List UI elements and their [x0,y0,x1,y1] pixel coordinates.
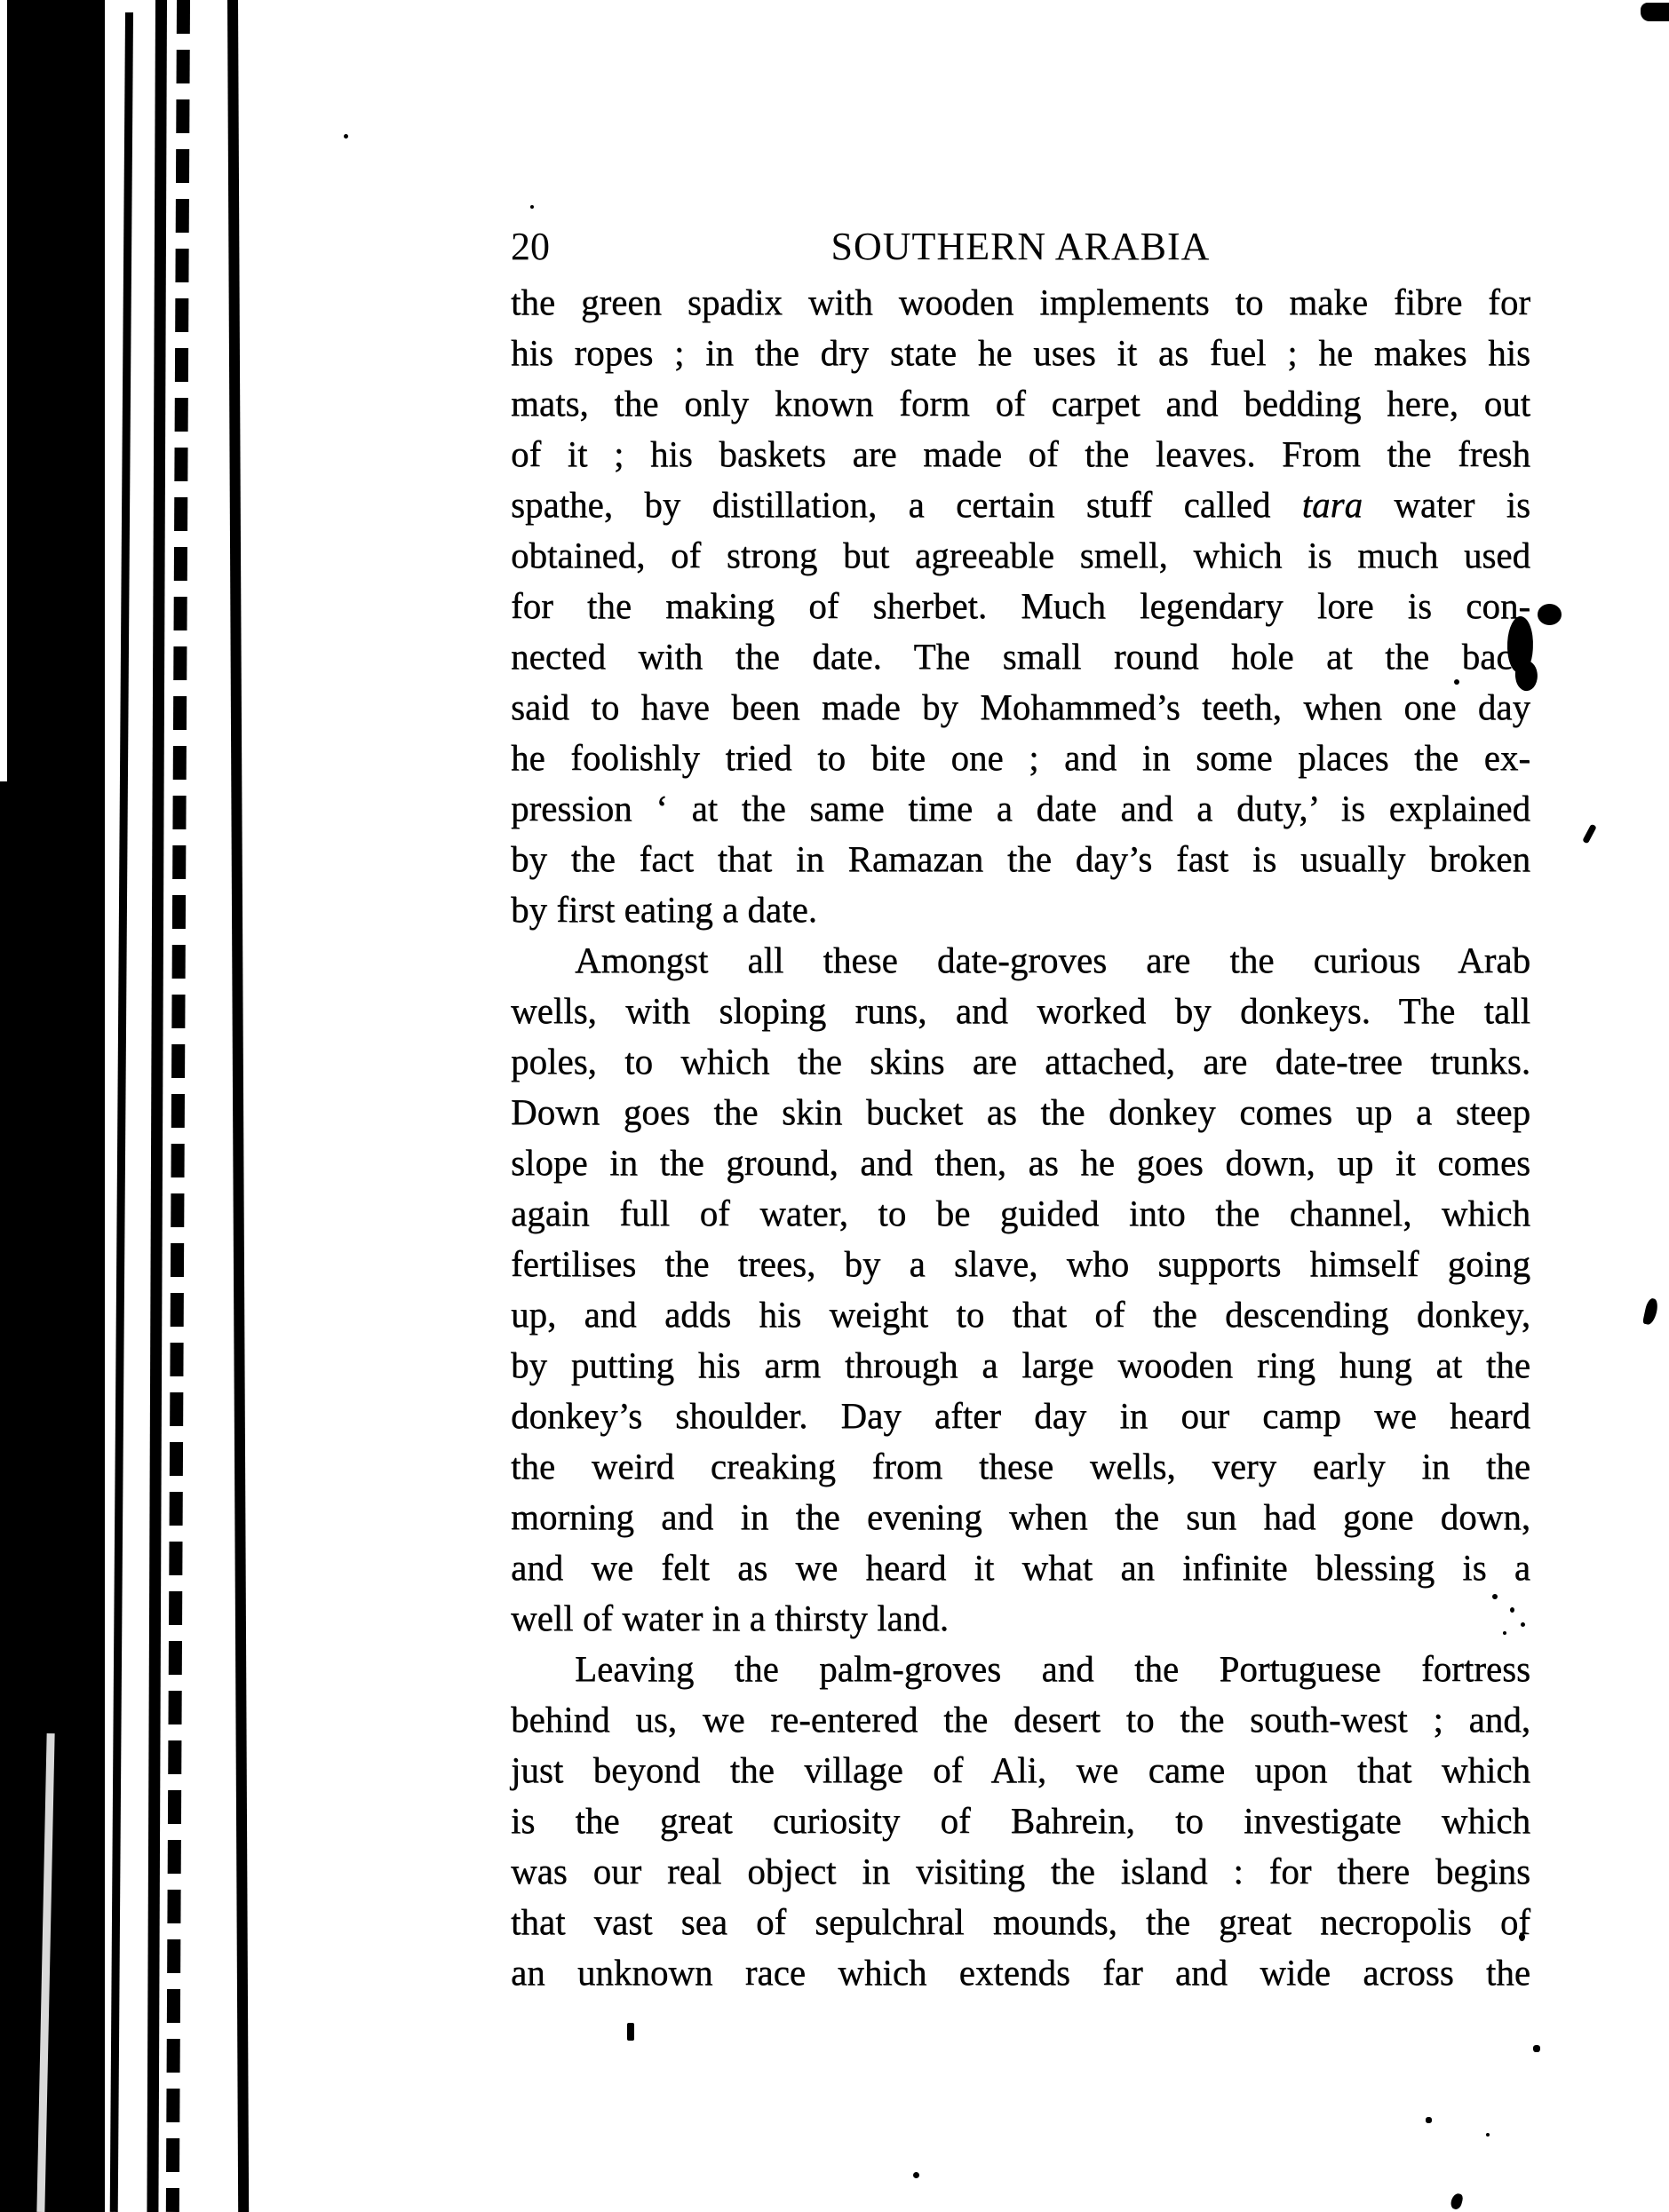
text-segment: slope in the ground, and then, as he goe… [511,1142,1530,1183]
gutter-line [147,0,167,2212]
text-segment: is the great curiosity of Bahrein, to in… [511,1800,1530,1841]
body-line: just beyond the village of Ali, we came … [511,1745,1530,1796]
body-line: his ropes ; in the dry state he uses it … [511,328,1530,378]
body-line: slope in the ground, and then, as he goe… [511,1138,1530,1188]
body-line: and we felt as we heard it what an infin… [511,1542,1530,1593]
italic-text: tara [1302,484,1363,525]
body-line: mats, the only known form of carpet and … [511,378,1530,429]
text-segment: by first eating a date. [511,889,817,930]
body-line: he foolishly tried to bite one ; and in … [511,733,1530,783]
edge-ink-mark [1642,1297,1659,1326]
scan-speck [1521,1622,1525,1627]
text-segment: well of water in a thirsty land. [511,1598,949,1638]
scan-speck [530,205,534,209]
body-line: wells, with sloping runs, and worked by … [511,986,1530,1036]
text-segment: fertilises the trees, by a slave, who su… [511,1243,1530,1284]
body-line: pression ‘ at the same time a date and a… [511,783,1530,834]
text-segment: poles, to which the skins are attached, … [511,1041,1530,1082]
book-page: 20 SOUTHERN ARABIA the green spadix with… [0,0,1669,2212]
gutter-line [227,0,249,2212]
running-header: 20 SOUTHERN ARABIA [511,224,1530,270]
scan-speck [913,2172,919,2178]
gutter-dashed-line [166,0,190,2212]
text-segment: pression ‘ at the same time a date and a… [511,788,1530,829]
body-line: donkey’s shoulder. Day after day in our … [511,1391,1530,1441]
text-segment: nected with the date. The small round ho… [511,636,1530,677]
corner-ink-dash [1641,3,1669,21]
body-line: said to have been made by Mohammed’s tee… [511,682,1530,733]
body-text-block: the green spadix with wooden implements … [511,277,1530,1998]
header-title: SOUTHERN ARABIA [511,224,1530,270]
body-line: an unknown race which extends far and wi… [511,1947,1530,1998]
body-line: by first eating a date. [511,884,1530,935]
body-line: Amongst all these date-groves are the cu… [511,935,1530,986]
body-line: by putting his arm through a large woode… [511,1340,1530,1391]
text-segment: by the fact that in Ramazan the day’s fa… [511,838,1530,879]
text-segment: for the making of sherbet. Much legendar… [511,585,1530,626]
scan-speck [1486,2133,1490,2137]
text-segment: again full of water, to be guided into t… [511,1193,1530,1233]
body-line: Down goes the skin bucket as the donkey … [511,1087,1530,1138]
body-line: again full of water, to be guided into t… [511,1188,1530,1239]
ink-blot-dot [1538,604,1562,625]
text-segment: the green spadix with wooden implements … [511,281,1530,322]
body-line: was our real object in visiting the isla… [511,1846,1530,1897]
body-line: spathe, by distillation, a certain stuff… [511,480,1530,530]
body-line: morning and in the evening when the sun … [511,1492,1530,1542]
bottom-ink-tick [627,2023,634,2041]
edge-ink-tick [1582,824,1597,844]
text-segment: said to have been made by Mohammed’s tee… [511,686,1530,727]
body-line: of it ; his baskets are made of the leav… [511,429,1530,480]
text-segment: an unknown race which extends far and wi… [511,1952,1530,1993]
body-line: nected with the date. The small round ho… [511,631,1530,682]
body-line: up, and adds his weight to that of the d… [511,1289,1530,1340]
scan-speck [1510,1607,1514,1613]
scan-speck [1519,1933,1525,1941]
body-line: well of water in a thirsty land. [511,1593,1530,1644]
text-segment: by putting his arm through a large woode… [511,1344,1530,1385]
corner-ink-comma [1450,2192,1464,2210]
text-segment: water is [1363,484,1530,525]
text-segment: mats, the only known form of carpet and … [511,383,1530,424]
text-segment: morning and in the evening when the sun … [511,1496,1530,1537]
text-segment: donkey’s shoulder. Day after day in our … [511,1395,1530,1436]
text-segment: of it ; his baskets are made of the leav… [511,433,1530,474]
body-line: Leaving the palm-groves and the Portugue… [511,1644,1530,1694]
text-segment: Amongst all these date-groves are the cu… [575,940,1530,980]
body-line: that vast sea of sepulchral mounds, the … [511,1897,1530,1947]
body-line: obtained, of strong but agreeable smell,… [511,530,1530,581]
body-line: is the great curiosity of Bahrein, to in… [511,1796,1530,1846]
text-segment: wells, with sloping runs, and worked by … [511,990,1530,1031]
scan-speck [344,134,348,139]
text-segment: up, and adds his weight to that of the d… [511,1294,1530,1335]
text-segment: Leaving the palm-groves and the Portugue… [575,1648,1530,1689]
scan-speck [1533,2045,1540,2052]
body-line: behind us, we re-entered the desert to t… [511,1694,1530,1745]
gutter-line [110,12,133,2212]
text-segment: he foolishly tried to bite one ; and in … [511,737,1530,778]
body-line: by the fact that in Ramazan the day’s fa… [511,834,1530,884]
text-segment: his ropes ; in the dry state he uses it … [511,332,1530,373]
scan-speck [1503,1631,1506,1635]
body-line: fertilises the trees, by a slave, who su… [511,1239,1530,1289]
scan-speck [1492,1594,1498,1599]
text-segment: just beyond the village of Ali, we came … [511,1749,1530,1790]
body-line: the weird creaking from these wells, ver… [511,1441,1530,1492]
text-segment: Down goes the skin bucket as the donkey … [511,1091,1530,1132]
text-segment: that vast sea of sepulchral mounds, the … [511,1901,1530,1942]
scan-speck [1454,679,1459,685]
text-segment: spathe, by distillation, a certain stuff… [511,484,1302,525]
text-segment: and we felt as we heard it what an infin… [511,1547,1530,1588]
scan-speck [1426,2117,1432,2123]
gutter-shadow-edge [0,781,11,2212]
text-segment: was our real object in visiting the isla… [511,1851,1530,1891]
text-segment: obtained, of strong but agreeable smell,… [511,535,1530,575]
body-line: poles, to which the skins are attached, … [511,1036,1530,1087]
gutter-shadow-band [7,0,105,2212]
text-segment: the weird creaking from these wells, ver… [511,1446,1530,1487]
body-line: for the making of sherbet. Much legendar… [511,581,1530,631]
body-line: the green spadix with wooden implements … [511,277,1530,328]
text-segment: behind us, we re-entered the desert to t… [511,1699,1530,1740]
